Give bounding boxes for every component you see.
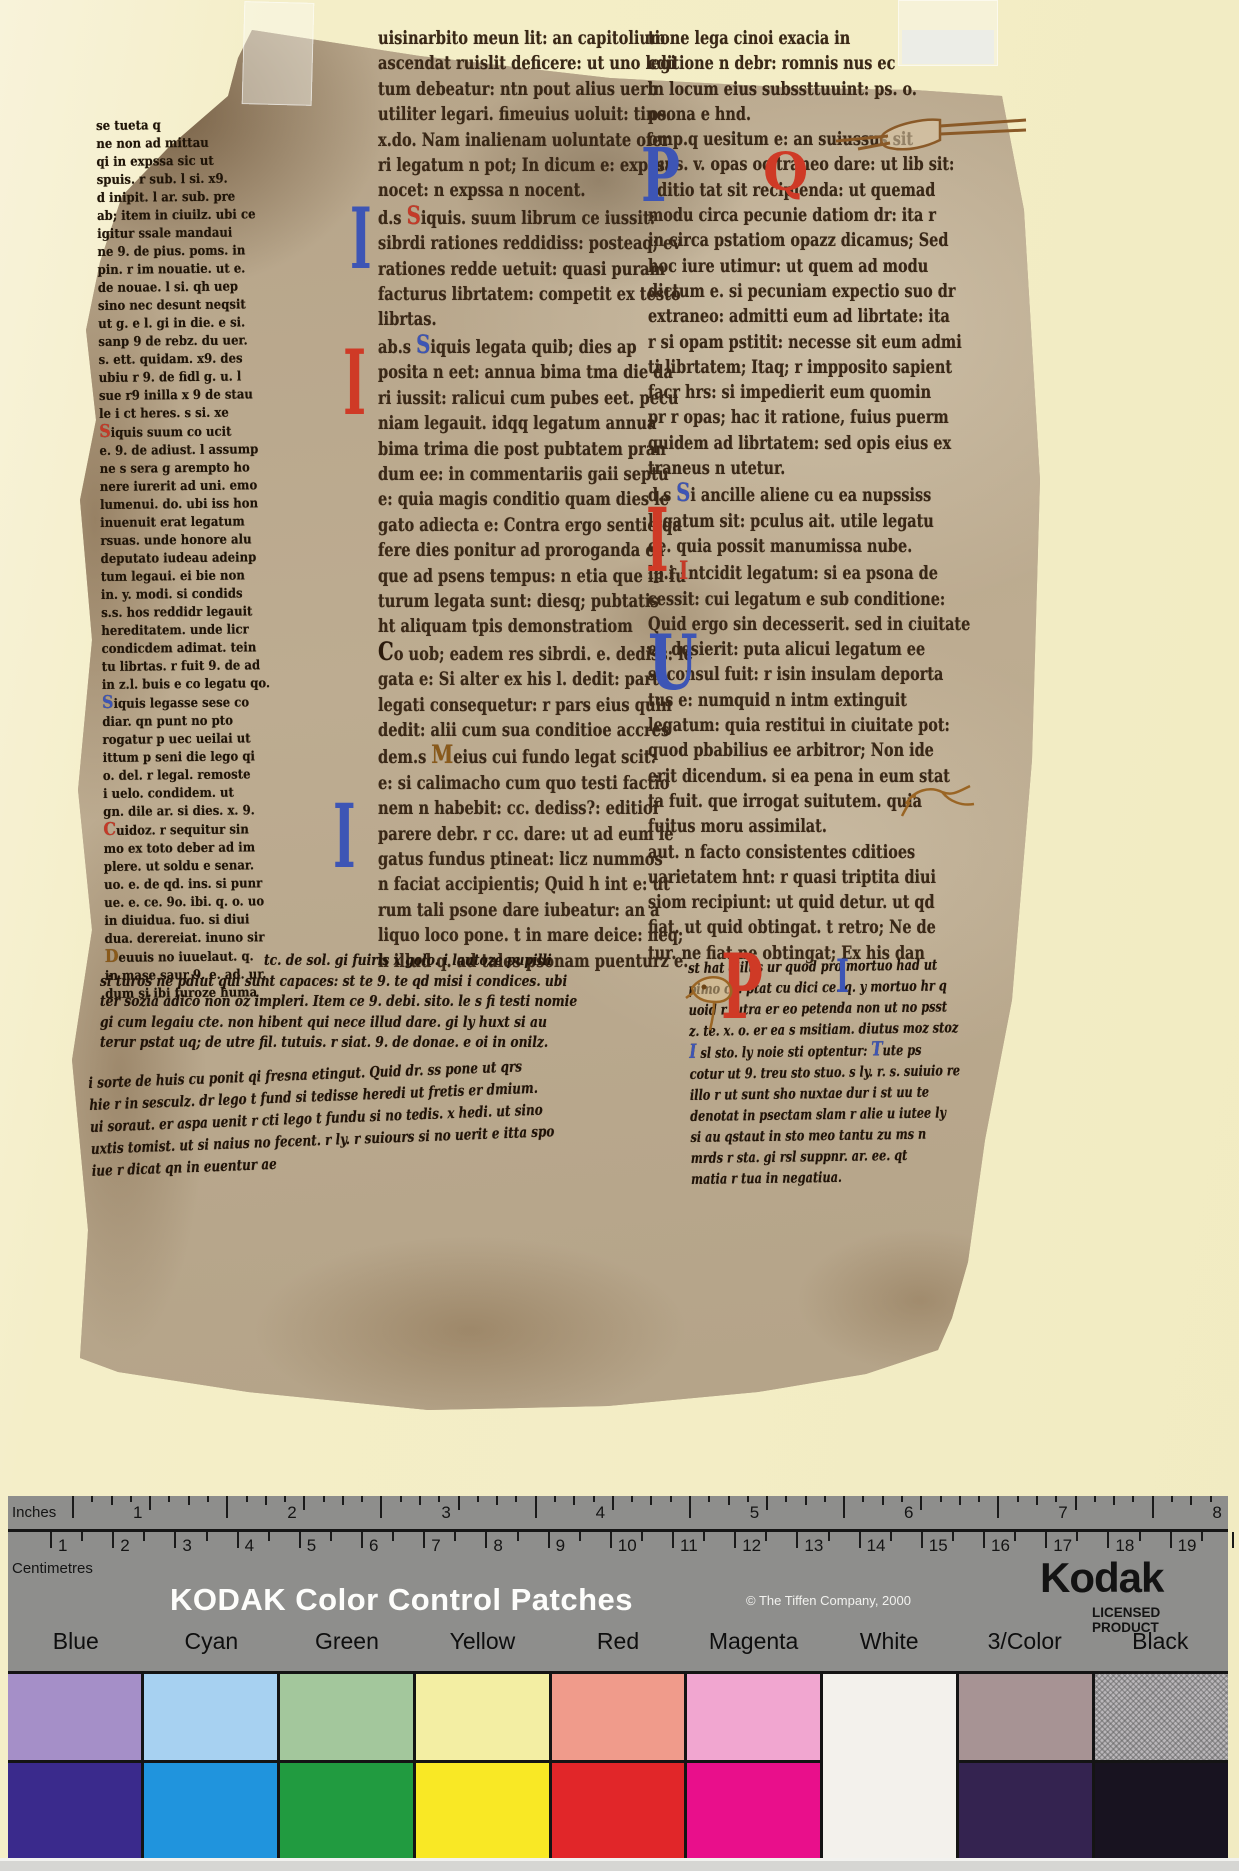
- tape-strip-left: [242, 1, 315, 106]
- cm-number: 4: [245, 1536, 254, 1556]
- inches-ruler-label: Inches: [12, 1504, 56, 1521]
- inch-number: 8: [1212, 1503, 1221, 1523]
- main-text-column-center: uisinarbito meun lit: an capitoliumascen…: [378, 26, 632, 974]
- bird-doodle-icon: [900, 782, 978, 818]
- patch-yellow: [416, 1674, 549, 1858]
- cm-number: 6: [369, 1536, 378, 1556]
- colored-initial: C: [103, 820, 116, 840]
- cm-number: 7: [431, 1536, 440, 1556]
- cm-number: 5: [307, 1536, 316, 1556]
- patch-black: [1095, 1674, 1228, 1858]
- inch-number: 1: [133, 1503, 142, 1523]
- patch-label: Yellow: [415, 1628, 551, 1655]
- bottom-gloss-left: i sorte de huis cu ponit qi fresna eting…: [88, 1050, 656, 1182]
- cm-number: 2: [120, 1536, 129, 1556]
- colored-initial: M: [431, 740, 453, 769]
- inch-number: 7: [1058, 1503, 1067, 1523]
- cm-number: 13: [804, 1536, 823, 1556]
- inch-number: 6: [904, 1503, 913, 1523]
- patch-label: Blue: [8, 1628, 144, 1655]
- grotesque-face-doodle-icon: [684, 972, 738, 1032]
- cm-number: 15: [929, 1536, 948, 1556]
- digitized-manuscript-photo: se tueta qne non ad mittauqi in expssa s…: [0, 0, 1239, 1871]
- colored-initial: C: [378, 637, 394, 666]
- kodak-color-control-bar: Inches Centimetres 123456781234567891011…: [8, 1496, 1228, 1858]
- cm-number: 12: [742, 1536, 761, 1556]
- bottom-gloss-center: tc. de sol. gi fuiris x golo. i lautoze …: [100, 950, 711, 1053]
- pointing-hand-manicule-icon: [828, 108, 1028, 160]
- patch-blue: [8, 1674, 141, 1858]
- colored-initial: S: [102, 693, 114, 713]
- colored-initial: S: [676, 478, 690, 507]
- patch-label: White: [821, 1628, 957, 1655]
- patch-label: Cyan: [144, 1628, 280, 1655]
- colored-initial: S: [407, 201, 421, 230]
- colored-initial: S: [99, 422, 111, 442]
- colored-initial: I: [679, 556, 688, 585]
- illuminated-initial-q: Q: [763, 150, 808, 196]
- patch-3-color: [959, 1674, 1092, 1858]
- patch-label: Magenta: [686, 1628, 822, 1655]
- gloss-column-left: se tueta qne non ad mittauqi in expssa s…: [96, 116, 341, 1004]
- cm-number: 9: [556, 1536, 565, 1556]
- inch-number: 4: [596, 1503, 605, 1523]
- patch-label: Green: [279, 1628, 415, 1655]
- illuminated-initial-i: I: [333, 798, 356, 875]
- cm-number: 17: [1053, 1536, 1072, 1556]
- kodak-logo: Kodak: [1040, 1554, 1163, 1602]
- cm-number: 10: [618, 1536, 637, 1556]
- cm-number: 18: [1115, 1536, 1134, 1556]
- color-bar-title: KODAK Color Control Patches: [170, 1582, 633, 1618]
- colored-initial: T: [871, 1037, 883, 1060]
- cm-number: 8: [493, 1536, 502, 1556]
- patch-green: [280, 1674, 413, 1858]
- illuminated-initial-i: I: [646, 502, 669, 579]
- scanner-bed-strip: [0, 1858, 1239, 1871]
- illuminated-initial-i: I: [350, 202, 372, 276]
- main-text-column-right: tione lega cinoi exacia incditione n deb…: [648, 26, 1011, 966]
- inch-number: 2: [287, 1503, 296, 1523]
- colored-initial: S: [416, 330, 430, 359]
- patch-label: Black: [1093, 1628, 1229, 1655]
- patch-label: 3/Color: [957, 1628, 1093, 1655]
- cm-number: 16: [991, 1536, 1010, 1556]
- illuminated-initial-i: I: [343, 344, 366, 423]
- inch-number: 5: [750, 1503, 759, 1523]
- copyright-notice: © The Tiffen Company, 2000: [746, 1593, 911, 1608]
- patch-red: [552, 1674, 685, 1858]
- patch-label: Red: [550, 1628, 686, 1655]
- patch-label-row: BlueCyanGreenYellowRedMagentaWhite3/Colo…: [8, 1628, 1228, 1655]
- patch-white: [823, 1674, 956, 1858]
- cm-number: 11: [680, 1536, 698, 1556]
- colored-initial: I: [689, 1040, 696, 1063]
- inch-number: 3: [441, 1503, 450, 1523]
- cm-number: 1: [58, 1536, 67, 1556]
- cm-number: 19: [1178, 1536, 1197, 1556]
- patch-grid: [8, 1671, 1228, 1858]
- patch-cyan: [144, 1674, 277, 1858]
- cm-number: 3: [182, 1536, 191, 1556]
- centimetres-ruler-label: Centimetres: [12, 1560, 93, 1577]
- illuminated-initial-u: U: [648, 630, 698, 697]
- illuminated-initial-p: P: [641, 144, 680, 209]
- illuminated-initial-i: I: [836, 956, 849, 996]
- cm-number: 14: [867, 1536, 886, 1556]
- patch-magenta: [687, 1674, 820, 1858]
